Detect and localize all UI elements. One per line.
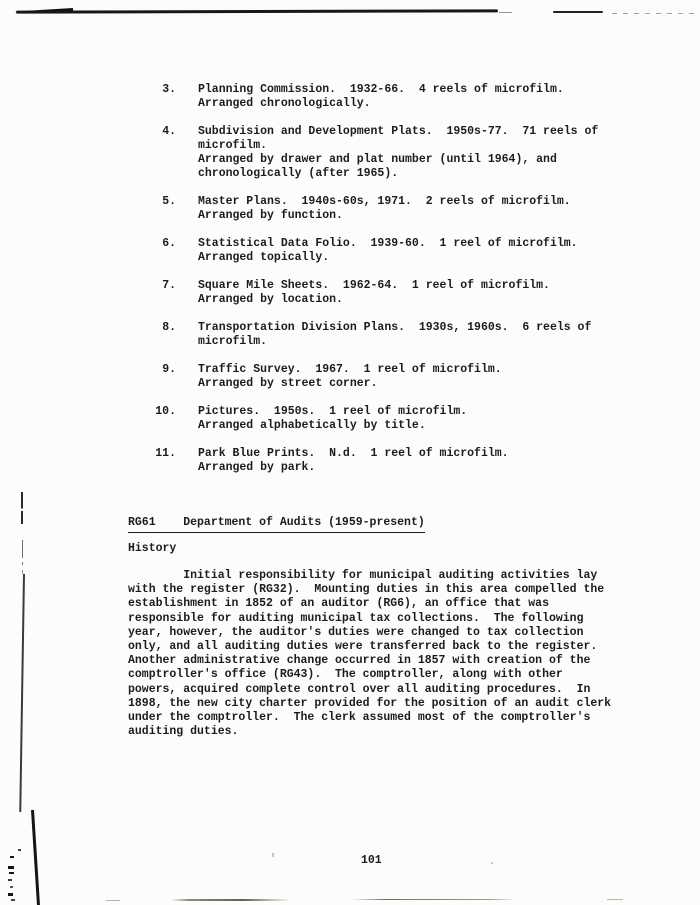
item-text-line: Arranged by location.: [198, 293, 550, 307]
item-text-line: Park Blue Prints. N.d. 1 reel of microfi…: [198, 447, 509, 461]
item-text-line: microfilm.: [198, 335, 591, 349]
scan-artifact-top-line-fragment: [499, 12, 512, 13]
paragraph-line: under the comptroller. The clerk assumed…: [128, 711, 611, 725]
scan-artifact-left-edge-dot: [22, 570, 23, 574]
item-number: 9.: [154, 363, 176, 391]
list-item: 10. Pictures. 1950s. 1 reel of microfilm…: [154, 405, 598, 433]
item-text: Subdivision and Development Plats. 1950s…: [198, 125, 598, 181]
item-text-line: Planning Commission. 1932-66. 4 reels of…: [198, 83, 564, 97]
list-item: 5. Master Plans. 1940s-60s, 1971. 2 reel…: [154, 195, 598, 223]
scan-artifact-bottom-mark: [106, 900, 120, 901]
scan-artifact-speck: [10, 886, 13, 888]
paragraph-line: 1898, the new city charter provided for …: [128, 697, 611, 711]
section-heading: RG61 Department of Audits (1959-present): [128, 512, 425, 533]
scan-artifact-speck: [11, 899, 15, 901]
list-item: 7. Square Mile Sheets. 1962-64. 1 reel o…: [154, 279, 598, 307]
scan-artifact-speck: [10, 856, 14, 858]
item-text-line: Arranged by function.: [198, 209, 571, 223]
item-number: 6.: [154, 237, 176, 265]
scan-artifact-left-edge-line-thick: [31, 810, 40, 905]
paragraph-line: powers, acquired complete control over a…: [128, 683, 611, 697]
scan-artifact-top-line-cap: [15, 8, 73, 13]
list-item: 9. Traffic Survey. 1967. 1 reel of micro…: [154, 363, 598, 391]
paragraph-line: responsible for auditing municipal tax c…: [128, 612, 611, 626]
item-number: 3.: [154, 83, 176, 111]
list-item: 3. Planning Commission. 1932-66. 4 reels…: [154, 83, 598, 111]
scan-artifact-left-edge-dash: [21, 492, 23, 524]
item-text-line: Arranged topically.: [198, 251, 578, 265]
item-text: Square Mile Sheets. 1962-64. 1 reel of m…: [198, 279, 550, 307]
paragraph-line: only, and all auditing duties were trans…: [128, 640, 611, 654]
item-text-line: Arranged chronologically.: [198, 97, 564, 111]
item-text-line: Square Mile Sheets. 1962-64. 1 reel of m…: [198, 279, 550, 293]
item-number: 7.: [154, 279, 176, 307]
item-number: 11.: [154, 447, 176, 475]
item-text-line: Pictures. 1950s. 1 reel of microfilm.: [198, 405, 467, 419]
paragraph-line: establishment in 1852 of an auditor (RG6…: [128, 597, 611, 611]
scanned-document-page: 3. Planning Commission. 1932-66. 4 reels…: [0, 0, 700, 905]
paragraph-line: year, however, the auditor's duties were…: [128, 626, 611, 640]
item-text: Traffic Survey. 1967. 1 reel of microfil…: [198, 363, 502, 391]
page-number: 101: [361, 854, 382, 868]
paragraph-line: auditing duties.: [128, 725, 611, 739]
scan-artifact-bottom-mark: [607, 899, 623, 900]
section-subheading: History: [128, 542, 176, 556]
scan-artifact-faint-dot: [491, 862, 493, 864]
list-item: 4. Subdivision and Development Plats. 19…: [154, 125, 598, 181]
item-text-line: Arranged by park.: [198, 461, 509, 475]
scan-artifact-bottom-line: [352, 899, 515, 901]
list-item: 6. Statistical Data Folio. 1939-60. 1 re…: [154, 237, 598, 265]
item-text-line: Subdivision and Development Plats. 1950s…: [198, 125, 598, 139]
item-number: 8.: [154, 321, 176, 349]
item-text: Transportation Division Plans. 1930s, 19…: [198, 321, 591, 349]
item-text-line: Traffic Survey. 1967. 1 reel of microfil…: [198, 363, 502, 377]
scan-artifact-faint-dot: [272, 853, 274, 857]
item-text: Planning Commission. 1932-66. 4 reels of…: [198, 83, 564, 111]
item-number: 5.: [154, 195, 176, 223]
scan-artifact-bottom-line: [171, 899, 291, 901]
item-number: 10.: [154, 405, 176, 433]
scan-artifact-left-edge-dot: [22, 562, 23, 565]
paragraph-line: with the register (RG32). Mounting dutie…: [128, 583, 611, 597]
item-text-line: Arranged by drawer and plat number (unti…: [198, 153, 598, 167]
item-text-line: chronologically (after 1965).: [198, 167, 598, 181]
list-item: 11. Park Blue Prints. N.d. 1 reel of mic…: [154, 447, 598, 475]
scan-artifact-speck: [9, 872, 14, 874]
item-text-line: Statistical Data Folio. 1939-60. 1 reel …: [198, 237, 578, 251]
item-text-line: Transportation Division Plans. 1930s, 19…: [198, 321, 591, 335]
scan-artifact-speck: [8, 879, 12, 881]
item-text: Master Plans. 1940s-60s, 1971. 2 reels o…: [198, 195, 571, 223]
history-paragraph: Initial responsibility for municipal aud…: [128, 569, 611, 739]
item-text-line: microfilm.: [198, 139, 598, 153]
scan-artifact-speck: [8, 866, 14, 869]
item-text-line: Arranged by street corner.: [198, 377, 502, 391]
list-item: 8. Transportation Division Plans. 1930s,…: [154, 321, 598, 349]
scan-artifact-top-line-dashes: [612, 13, 698, 15]
item-number: 4.: [154, 125, 176, 181]
item-text: Park Blue Prints. N.d. 1 reel of microfi…: [198, 447, 509, 475]
item-text-line: Master Plans. 1940s-60s, 1971. 2 reels o…: [198, 195, 571, 209]
paragraph-line: Another administrative change occurred i…: [128, 654, 611, 668]
scan-artifact-speck: [18, 849, 21, 851]
scan-artifact-top-line: [16, 9, 498, 13]
microfilm-record-list: 3. Planning Commission. 1932-66. 4 reels…: [154, 83, 598, 489]
item-text: Pictures. 1950s. 1 reel of microfilm. Ar…: [198, 405, 467, 433]
scan-artifact-speck: [8, 893, 13, 896]
item-text-line: Arranged alphabetically by title.: [198, 419, 467, 433]
item-text: Statistical Data Folio. 1939-60. 1 reel …: [198, 237, 578, 265]
scan-artifact-left-edge-line: [19, 574, 24, 812]
section-heading-text: RG61 Department of Audits (1959-present): [128, 516, 425, 533]
scan-artifact-left-edge-dash: [22, 540, 23, 558]
paragraph-line: Initial responsibility for municipal aud…: [128, 569, 611, 583]
scan-artifact-top-line-segment: [553, 11, 603, 13]
paragraph-line: comptroller's office (RG43). The comptro…: [128, 668, 611, 682]
